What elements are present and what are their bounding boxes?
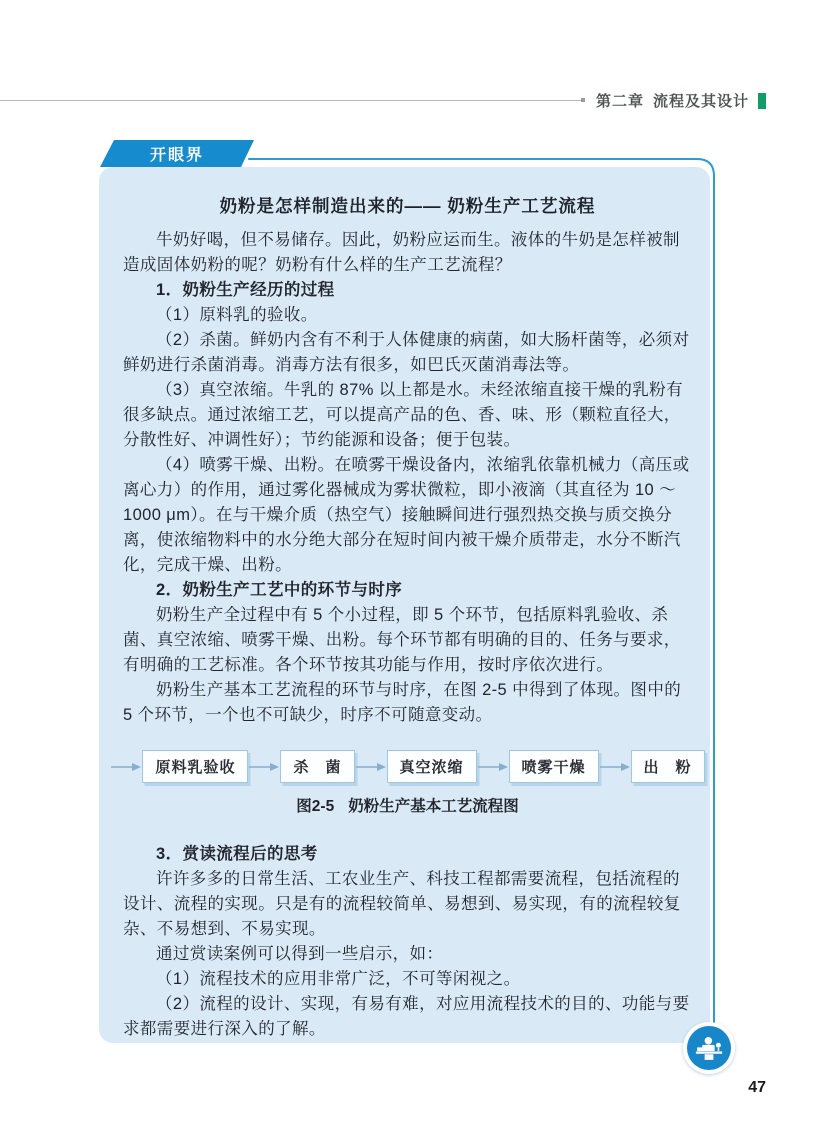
paragraph: （1）原料乳的验收。 bbox=[123, 303, 692, 328]
paragraph: 许许多多的日常生活、工农业生产、科技工程都需要流程，包括流程的设计、流程的实现。… bbox=[123, 867, 692, 942]
page-number: 47 bbox=[748, 1079, 766, 1097]
paragraph: 3．赏读流程后的思考 bbox=[123, 842, 692, 867]
paragraphs-before: 牛奶好喝，但不易储存。因此，奶粉应运而生。液体的牛奶是怎样被制造成固体奶粉的呢？… bbox=[123, 228, 692, 728]
figure-caption: 图2-5奶粉生产基本工艺流程图 bbox=[123, 794, 692, 816]
paragraph: 2．奶粉生产工艺中的环节与时序 bbox=[123, 578, 692, 603]
paragraph: （1）流程技术的应用非常广泛，不可等闲视之。 bbox=[123, 967, 692, 992]
flowchart-row: 原料乳验收 杀 菌 bbox=[123, 750, 692, 783]
header-rule-dot bbox=[581, 98, 585, 102]
paragraph: （3）真空浓缩。牛乳的 87% 以上都是水。未经浓缩直接干燥的乳粉有很多缺点。通… bbox=[123, 378, 692, 453]
flow-step-box: 杀 菌 bbox=[280, 750, 354, 783]
panel-title: 奶粉是怎样制造出来的—— 奶粉生产工艺流程 bbox=[123, 193, 692, 218]
sidebar-panel: 奶粉是怎样制造出来的—— 奶粉生产工艺流程 牛奶好喝，但不易储存。因此，奶粉应运… bbox=[99, 167, 710, 1043]
flow-arrow-icon bbox=[249, 762, 279, 772]
flow-arrow-icon bbox=[111, 762, 141, 772]
flow-step-box: 喷雾干燥 bbox=[509, 750, 599, 783]
flow-step-box: 原料乳验收 bbox=[142, 750, 248, 783]
figure-caption-text: 奶粉生产基本工艺流程图 bbox=[348, 798, 519, 815]
paragraph: 通过赏读案例可以得到一些启示，如： bbox=[123, 942, 692, 967]
paragraph: 奶粉生产全过程中有 5 个小过程，即 5 个环节，包括原料乳验收、杀菌、真空浓缩… bbox=[123, 603, 692, 678]
paragraph: （2）流程的设计、实现，有易有难，对应用流程技术的目的、功能与要求都需要进行深入… bbox=[123, 992, 692, 1042]
flow-step-box: 出 粉 bbox=[631, 750, 705, 783]
paragraph: （2）杀菌。鲜奶内含有不利于人体健康的病菌，如大肠杆菌等，必须对鲜奶进行杀菌消毒… bbox=[123, 328, 692, 378]
chapter-marker-bar bbox=[758, 93, 766, 109]
tab-kai-yan-jie: 开眼界 bbox=[100, 140, 254, 167]
flow-arrow-icon bbox=[356, 762, 386, 772]
figure-caption-label: 图2-5 bbox=[296, 798, 334, 815]
paragraph: 奶粉生产基本工艺流程的环节与时序，在图 2-5 中得到了体现。图中的 5 个环节… bbox=[123, 678, 692, 728]
paragraphs-after: 3．赏读流程后的思考 许许多多的日常生活、工农业生产、科技工程都需要流程，包括流… bbox=[123, 842, 692, 1042]
chapter-title: 流程及其设计 bbox=[653, 90, 749, 111]
flow-step: 出 粉 bbox=[599, 750, 705, 783]
paragraph: 牛奶好喝，但不易储存。因此，奶粉应运而生。液体的牛奶是怎样被制造成固体奶粉的呢？… bbox=[123, 228, 692, 278]
flow-step: 原料乳验收 bbox=[110, 750, 248, 783]
header-rule bbox=[0, 100, 582, 101]
flow-step: 喷雾干燥 bbox=[477, 750, 599, 783]
flow-arrow-icon bbox=[478, 762, 508, 772]
tab-label: 开眼界 bbox=[150, 142, 204, 165]
flow-step-box: 真空浓缩 bbox=[387, 750, 477, 783]
flow-step: 真空浓缩 bbox=[355, 750, 477, 783]
person-at-desk-icon-inner bbox=[687, 1026, 731, 1070]
flow-arrow-icon bbox=[600, 762, 630, 772]
paragraph: 1．奶粉生产经历的过程 bbox=[123, 278, 692, 303]
flowchart-figure: 原料乳验收 杀 菌 bbox=[123, 750, 692, 816]
person-at-desk-icon bbox=[683, 1022, 735, 1074]
page-header: 第二章 流程及其设计 bbox=[596, 90, 766, 111]
flow-step: 杀 菌 bbox=[248, 750, 354, 783]
paragraph: （4）喷雾干燥、出粉。在喷雾干燥设备内，浓缩乳依靠机械力（高压或离心力）的作用，… bbox=[123, 453, 692, 578]
chapter-label: 第二章 bbox=[596, 90, 644, 111]
